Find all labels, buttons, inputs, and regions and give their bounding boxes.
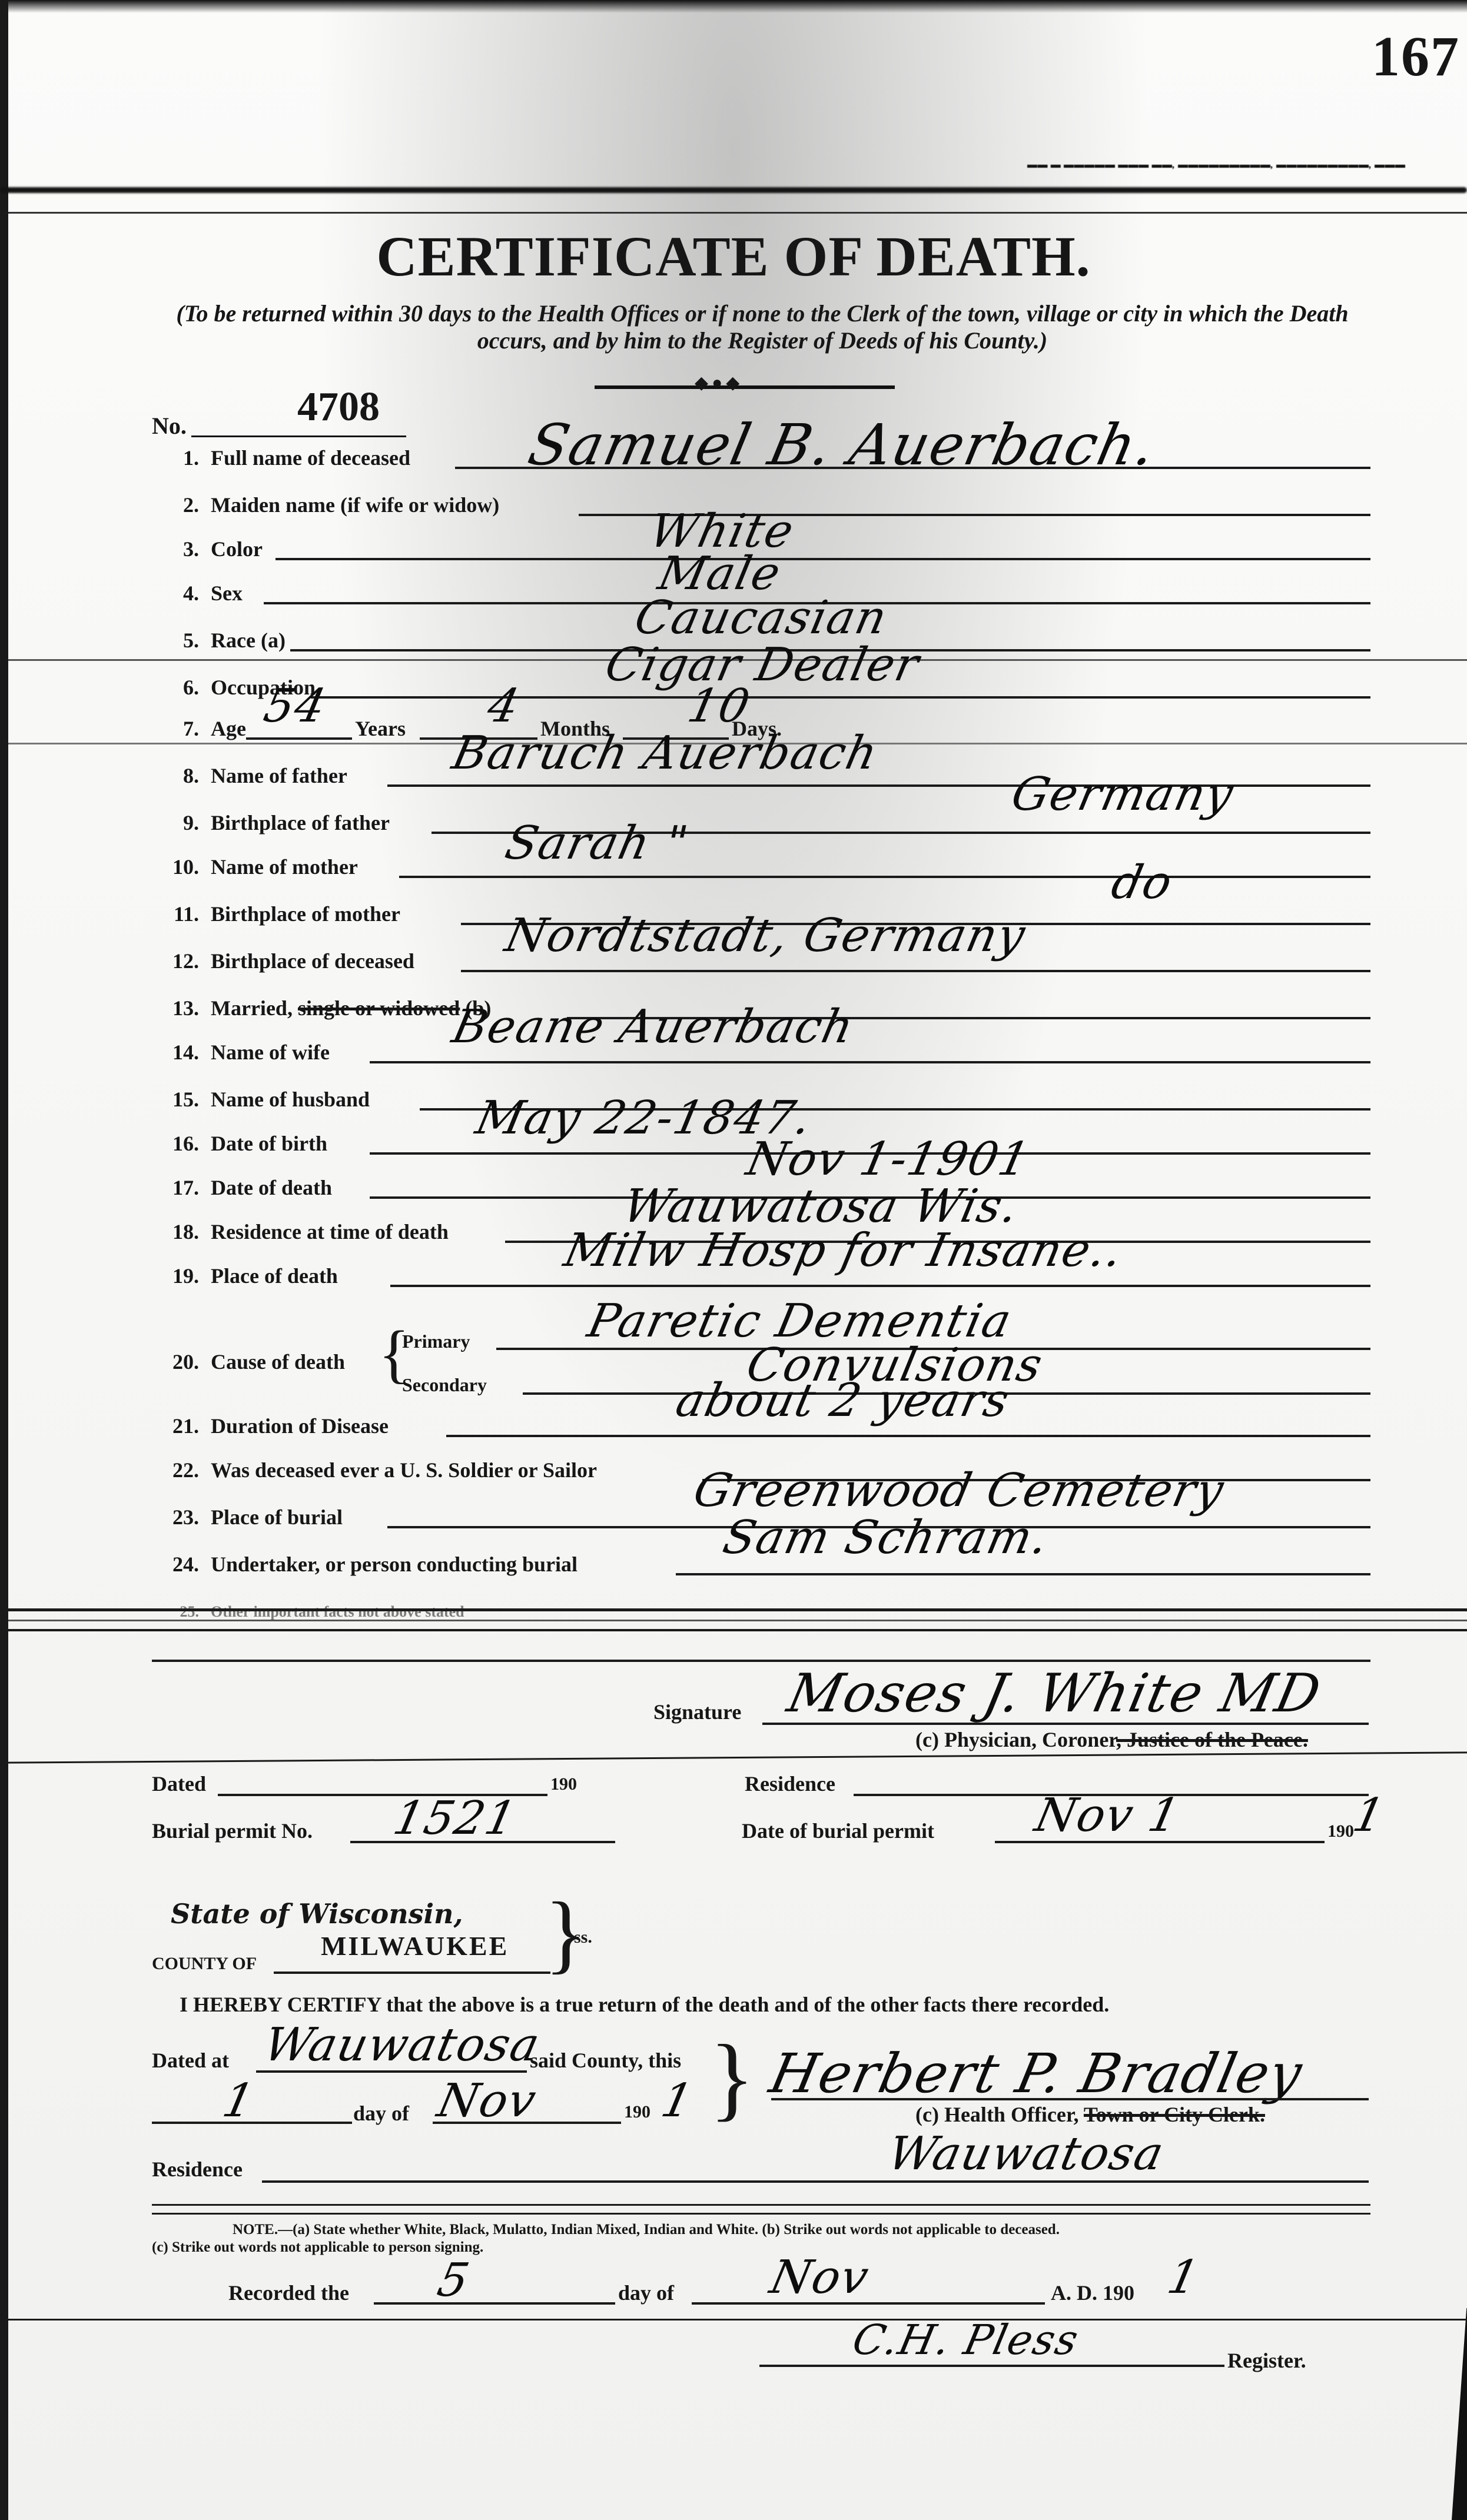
- field-label: Residence at time of death: [211, 1219, 449, 1244]
- field-label: Duration of Disease: [211, 1414, 389, 1438]
- wife-name-value: Beane Auerbach: [447, 1000, 859, 1053]
- other-facts-line-1: [8, 1608, 1467, 1611]
- place-of-burial-value: Greenwood Cemetery: [689, 1464, 1229, 1517]
- field-number: 15.: [152, 1087, 205, 1112]
- field-other-facts: 25. Other important facts not above stat…: [152, 1583, 1370, 1624]
- burial-permit-date: Nov 1: [1030, 1789, 1185, 1842]
- ss-label: ss.: [574, 1927, 592, 1947]
- field-label: Other important facts not above stated: [211, 1603, 464, 1621]
- father-birthplace-value: Germany: [1007, 768, 1239, 821]
- note-line-1: NOTE.—(a) State whether White, Black, Mu…: [233, 2222, 1060, 2238]
- recorded-rule: [8, 2319, 1467, 2320]
- field-label: Undertaker, or person conducting burial: [211, 1552, 577, 1577]
- said-county-label: said County, this: [530, 2048, 681, 2073]
- notes-rule-2: [152, 2213, 1370, 2215]
- mother-birthplace-value: do: [1107, 856, 1177, 909]
- other-facts-line-3: [8, 1629, 1467, 1631]
- dated-year-prefix: 190: [550, 1774, 577, 1794]
- field-label: Name of husband: [211, 1087, 370, 1112]
- field-number: 8.: [152, 763, 205, 788]
- age-years-label: Years: [355, 716, 406, 741]
- recorded-label: Recorded the: [228, 2280, 349, 2305]
- field-number: 1.: [152, 446, 205, 470]
- field-line: [370, 1061, 1370, 1063]
- age-years-line: [246, 737, 352, 740]
- cause-primary-label: Primary: [402, 1331, 470, 1352]
- scan-top-edge: [0, 0, 1467, 13]
- field-label: Birthplace of mother: [211, 902, 400, 926]
- field-number: 19.: [152, 1264, 205, 1288]
- day-line: [152, 2122, 352, 2124]
- field-line: [399, 876, 1370, 878]
- field-number: 23.: [152, 1505, 205, 1530]
- full-name-value: Samuel B. Auerbach.: [523, 412, 1162, 478]
- field-line: [390, 1285, 1370, 1287]
- section-rule: [8, 1751, 1467, 1763]
- field-label: Married, single or widowed (b): [211, 996, 491, 1020]
- scan-corner-shadow: [1452, 2308, 1467, 2520]
- field-label: Color: [211, 537, 263, 561]
- dated-residence-label: Residence: [745, 1771, 835, 1796]
- field-line: [311, 696, 1370, 699]
- county-label: COUNTY OF: [152, 1954, 257, 1974]
- physician-role-label: (c) Physician, Coroner: [915, 1728, 1116, 1751]
- other-facts-line-4: [152, 1660, 1370, 1662]
- physician-role-struck: , Justice of the Peace.: [1116, 1728, 1308, 1751]
- field-label: Name of wife: [211, 1040, 330, 1065]
- marital-struck-label: single or widowed: [298, 996, 460, 1020]
- certification-day: 1: [218, 2074, 260, 2127]
- duration-value: about 2 years: [671, 1374, 1014, 1427]
- field-label: Sex: [211, 581, 243, 606]
- field-label: Race (a): [211, 628, 286, 653]
- note-line-2: (c) Strike out words not applicable to p…: [152, 2239, 483, 2256]
- certificate-page: 167 ▬▬ ▬ ▬▬▬▬▬ ▬▬▬ ▬▬, ▬▬▬▬▬▬▬▬▬, ▬▬▬▬▬▬…: [0, 0, 1467, 2520]
- field-number: 17.: [152, 1175, 205, 1200]
- age-years-value: 54: [259, 680, 331, 733]
- register-line: [759, 2365, 1224, 2367]
- field-number: 6.: [152, 675, 205, 700]
- field-line: [676, 1573, 1370, 1575]
- field-number: 3.: [152, 537, 205, 561]
- field-line: [446, 1435, 1370, 1437]
- printer-imprint: ▬▬ ▬ ▬▬▬▬▬ ▬▬▬ ▬▬, ▬▬▬▬▬▬▬▬▬, ▬▬▬▬▬▬▬▬▬,…: [1027, 159, 1406, 171]
- recorded-day-line: [374, 2302, 615, 2305]
- race-value: Caucasian: [630, 591, 892, 644]
- field-number: 11.: [152, 902, 205, 926]
- county-name: MILWAUKEE: [321, 1930, 509, 1962]
- certification-year-prefix: 190: [624, 2102, 650, 2122]
- county-line: [274, 1972, 550, 1974]
- physician-role: (c) Physician, Coroner, Justice of the P…: [915, 1727, 1308, 1752]
- dated-label: Dated: [152, 1771, 206, 1796]
- field-number: 25.: [152, 1603, 205, 1621]
- notes-rule-1: [152, 2204, 1370, 2206]
- field-number: 13.: [152, 996, 205, 1020]
- day-of-label: day of: [353, 2101, 409, 2126]
- register-label: Register.: [1227, 2348, 1306, 2373]
- recorded-year-label: A. D. 190: [1051, 2280, 1134, 2305]
- father-name-value: Baruch Auerbach: [447, 727, 883, 780]
- register-signature: C.H. Pless: [848, 2316, 1083, 2364]
- health-officer-role: (c) Health Officer, Town or City Clerk.: [915, 2102, 1265, 2127]
- field-number: 12.: [152, 949, 205, 973]
- health-officer-line: [771, 2098, 1369, 2100]
- field-number: 20.: [152, 1349, 205, 1374]
- health-officer-role-struck: Town or City Clerk.: [1084, 2103, 1265, 2126]
- field-line: [461, 970, 1370, 972]
- field-label: Date of birth: [211, 1131, 327, 1156]
- state-name: State of Wisconsin,: [171, 1898, 463, 1930]
- field-number: 4.: [152, 581, 205, 606]
- burial-permit-year-suffix: 1: [1348, 1789, 1390, 1842]
- ornament-divider: [595, 385, 895, 389]
- field-label: Age: [211, 716, 246, 741]
- burial-permit-label: Burial permit No.: [152, 1818, 313, 1843]
- field-label: Name of father: [211, 763, 347, 788]
- field-line: [276, 558, 1370, 560]
- field-number: 2.: [152, 493, 205, 517]
- marital-married-label: Married,: [211, 996, 293, 1020]
- certification-residence-label: Residence: [152, 2157, 243, 2182]
- certification-statement: I HEREBY CERTIFY that the above is a tru…: [180, 1992, 1109, 2017]
- field-label: Date of death: [211, 1175, 332, 1200]
- burial-permit-date-label: Date of burial permit: [742, 1818, 934, 1843]
- date-of-death-value: Nov 1-1901: [742, 1133, 1035, 1186]
- field-label: Full name of deceased: [211, 446, 410, 470]
- page-number: 167: [1372, 24, 1460, 89]
- occupation-value: Cigar Dealer: [600, 639, 924, 691]
- field-label: Place of death: [211, 1264, 338, 1288]
- health-officer-signature: Herbert P. Bradley: [765, 2042, 1309, 2105]
- signature-label: Signature: [653, 1700, 741, 1724]
- dated-at-value: Wauwatosa: [259, 2019, 545, 2072]
- other-facts-line-2: [8, 1620, 1467, 1621]
- age-days-value: 10: [683, 680, 755, 733]
- health-officer-role-label: (c) Health Officer,: [915, 2103, 1079, 2126]
- field-number: 24.: [152, 1552, 205, 1577]
- field-label: Name of mother: [211, 855, 358, 879]
- field-number: 22.: [152, 1458, 205, 1482]
- header-rule: [0, 187, 1467, 193]
- field-number: 5.: [152, 628, 205, 653]
- certificate-title: CERTIFICATE OF DEATH.: [0, 224, 1467, 289]
- field-label: Was deceased ever a U. S. Soldier or Sai…: [211, 1458, 597, 1482]
- recorded-year-suffix: 1: [1163, 2251, 1204, 2304]
- certificate-number: 4708: [297, 384, 380, 431]
- field-label: Birthplace of father: [211, 810, 390, 835]
- field-label: Cause of death: [211, 1349, 345, 1374]
- field-number: 18.: [152, 1219, 205, 1244]
- deceased-birthplace-value: Nordtstadt, Germany: [500, 909, 1030, 962]
- certification-brace: }: [709, 2030, 755, 2125]
- place-of-death-value: Milw Hosp for Insane..: [559, 1224, 1128, 1277]
- physician-signature: Moses J. White MD: [782, 1663, 1327, 1724]
- mother-name-value: Sarah ": [500, 817, 693, 870]
- field-mother-name: 10. Name of mother: [152, 842, 1370, 883]
- dated-at-label: Dated at: [152, 2048, 229, 2073]
- field-number: 9.: [152, 810, 205, 835]
- field-number: 14.: [152, 1040, 205, 1065]
- field-label: Birthplace of deceased: [211, 949, 414, 973]
- burial-permit-number: 1521: [389, 1792, 522, 1845]
- field-label: Maiden name (if wife or widow): [211, 493, 499, 517]
- certificate-instructions: (To be returned within 30 days to the He…: [150, 300, 1375, 354]
- certification-residence-value: Wauwatosa: [883, 2127, 1169, 2180]
- recorded-day-of-label: day of: [618, 2280, 674, 2305]
- recorded-month-line: [692, 2302, 1045, 2305]
- cause-secondary-label: Secondary: [402, 1374, 487, 1396]
- certification-month: Nov: [433, 2074, 541, 2127]
- field-number: 7.: [152, 716, 205, 741]
- certification-residence-line: [262, 2180, 1369, 2183]
- recorded-day: 5: [433, 2254, 474, 2307]
- certification-year-suffix: 1: [656, 2074, 698, 2127]
- scan-left-edge: [0, 0, 8, 2520]
- recorded-month: Nov: [765, 2251, 874, 2304]
- header-rule-thin: [8, 212, 1467, 214]
- field-number: 10.: [152, 855, 205, 879]
- field-number: 21.: [152, 1414, 205, 1438]
- field-label: Place of burial: [211, 1505, 343, 1530]
- undertaker-value: Sam Schram.: [718, 1511, 1054, 1564]
- field-number: 16.: [152, 1131, 205, 1156]
